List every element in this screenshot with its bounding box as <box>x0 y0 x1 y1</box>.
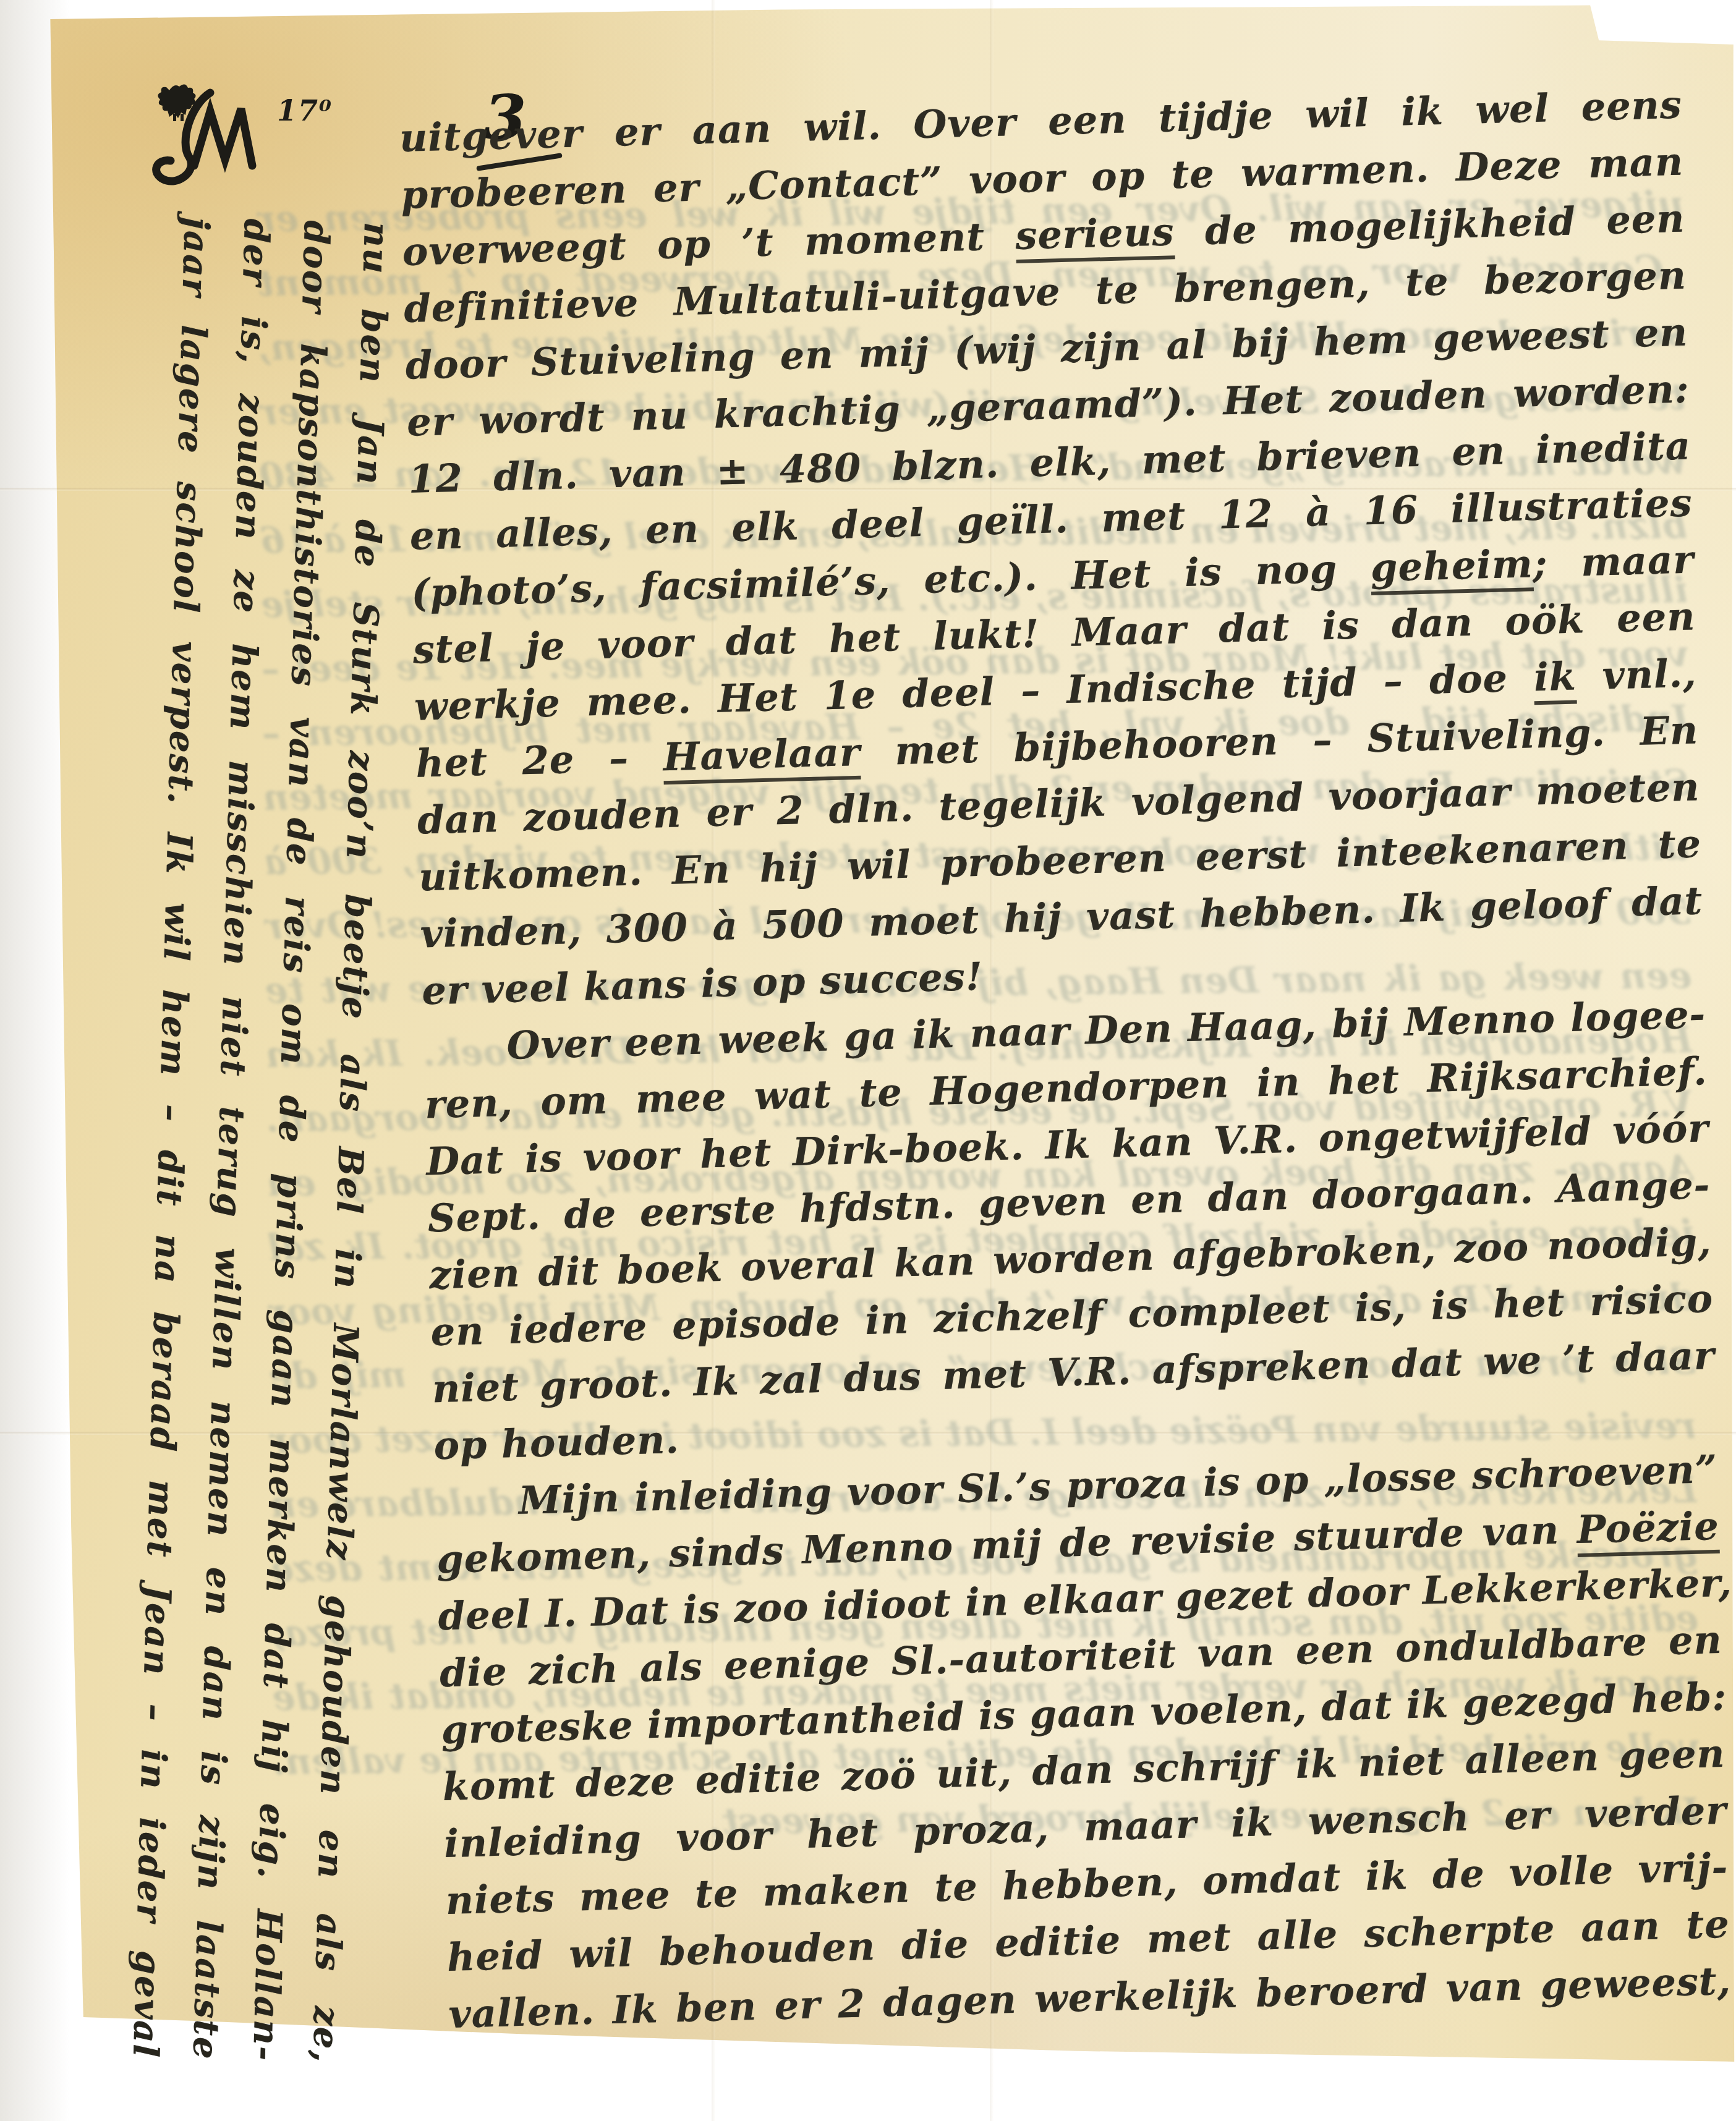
text-run: overweegt op ’t moment <box>402 213 1016 274</box>
text-run: het 2e – <box>415 734 664 786</box>
text-run: vnl., <box>1576 650 1698 699</box>
underlined-word: geheim <box>1370 541 1534 595</box>
lm-monogram-stamp <box>137 73 267 203</box>
text-run: ; maar <box>1532 537 1694 586</box>
letter-body: uitgever er aan wil. Over een tijdje wil… <box>399 77 1732 2043</box>
text-run: de mogelijkheid een <box>1173 196 1685 255</box>
underlined-word: ik <box>1533 653 1577 705</box>
underlined-word: serieus <box>1015 209 1175 263</box>
underlined-word: Poëzie <box>1576 1503 1720 1557</box>
text-run: op houden. <box>433 1417 680 1468</box>
margin-note: nu ben Jan de Sturk zoo’n beetje als Bel… <box>111 216 406 2064</box>
stationery-annotation: 17⁰ <box>277 94 333 127</box>
text-run: er veel kans is op succes! <box>421 954 983 1014</box>
scanned-letter-page: { "stationery": { "monogram": "LM", "ann… <box>0 0 1736 2121</box>
underlined-word: Havelaar <box>663 729 861 784</box>
